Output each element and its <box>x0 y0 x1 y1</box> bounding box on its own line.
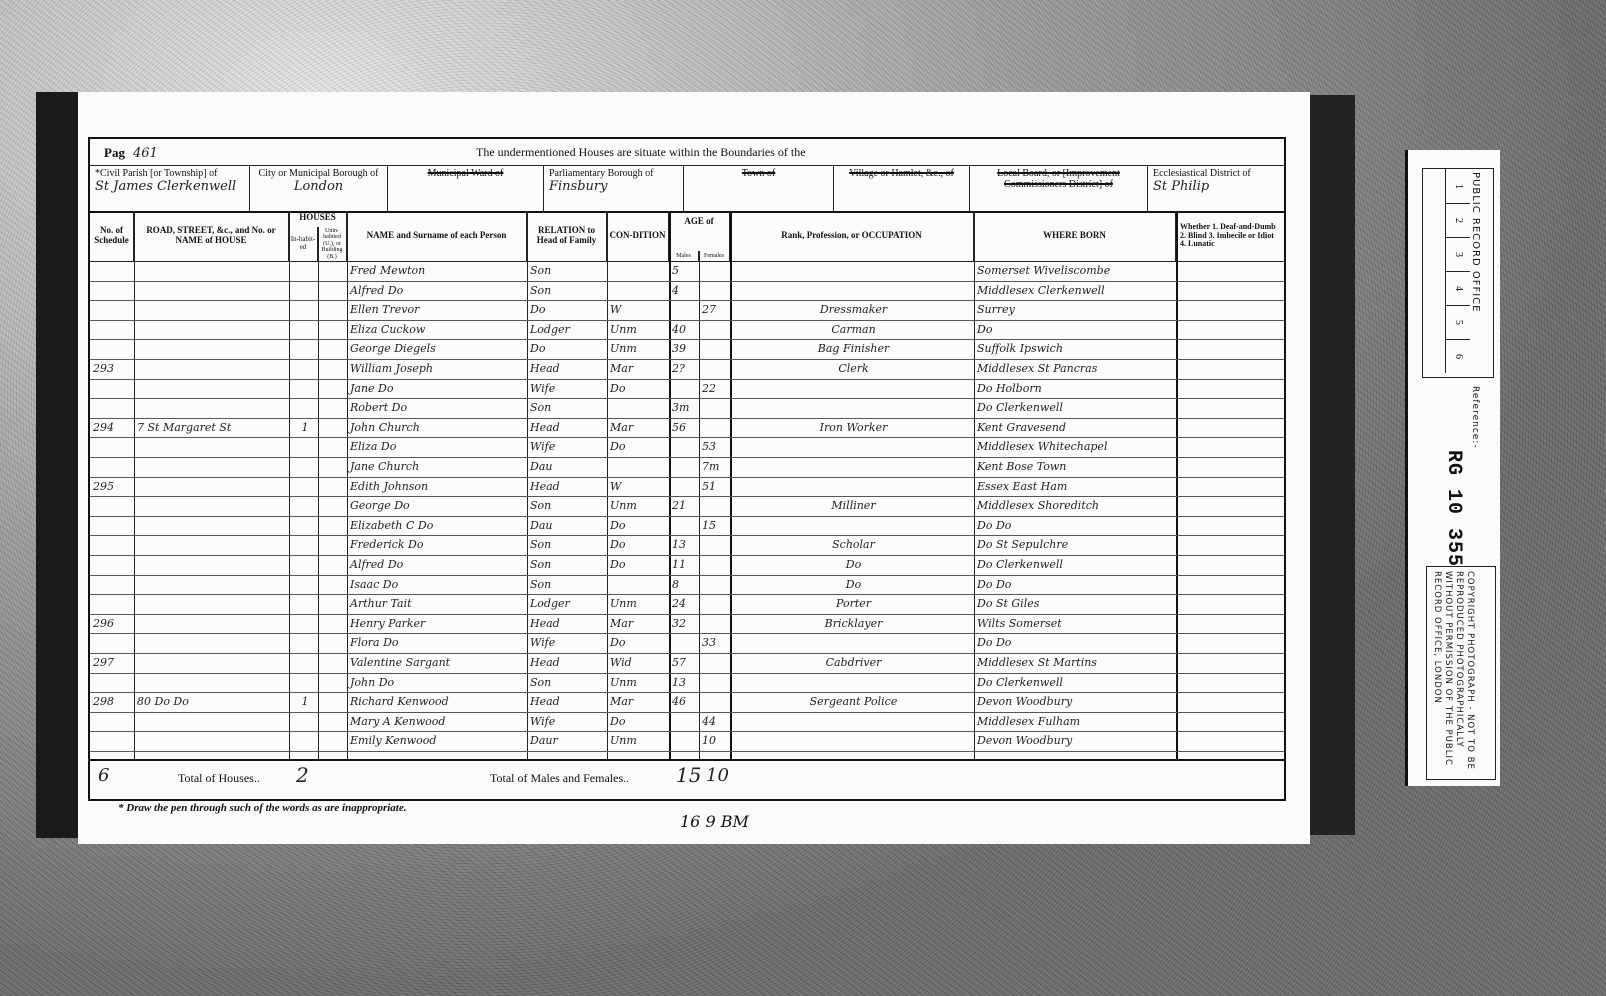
cell-schedule <box>90 673 134 693</box>
table-row: Alfred DoSon4Middlesex Clerkenwell <box>90 281 1284 302</box>
column-headers: No. of Schedule ROAD, STREET, &c., and N… <box>90 211 1284 262</box>
cell-relation: Do <box>527 339 607 359</box>
civil-parish: *Civil Parish [or Township] of St James … <box>90 165 250 211</box>
cell-born: Middlesex St Pancras <box>974 359 1176 379</box>
table-row: 295Edith JohnsonHeadW51Essex East Ham <box>90 477 1284 498</box>
cell-born: Wilts Somerset <box>974 614 1176 634</box>
cell-female: 15 <box>699 516 730 536</box>
cell-schedule <box>90 300 134 320</box>
cell-inh <box>289 496 318 516</box>
cell-condition: Mar <box>607 359 669 379</box>
cell-condition: Mar <box>607 692 669 712</box>
cell-occupation: Cabdriver <box>730 653 974 673</box>
cell-relation: Son <box>527 555 607 575</box>
table-row: Flora DoWifeDo33Do Do <box>90 633 1284 654</box>
cell-condition: Mar <box>607 418 669 438</box>
totals-row: 6 Total of Houses.. 2 Total of Males and… <box>90 759 1284 799</box>
cell-inh: 1 <box>289 418 318 438</box>
cell-relation: Head <box>527 418 607 438</box>
cell-name: Eliza Cuckow <box>347 320 527 340</box>
cell-schedule <box>90 320 134 340</box>
cell-male: 2? <box>669 359 699 379</box>
cell-born: Do Holborn <box>974 379 1176 399</box>
cell-address <box>134 555 289 575</box>
cell-occupation: Scholar <box>730 535 974 555</box>
cell-condition: W <box>607 300 669 320</box>
cell-relation: Dau <box>527 516 607 536</box>
cell-schedule <box>90 633 134 653</box>
cell-schedule <box>90 437 134 457</box>
cell-address <box>134 516 289 536</box>
cell-male <box>669 300 699 320</box>
col-occupation: Rank, Profession, or OCCUPATION <box>730 211 974 261</box>
cell-name: Arthur Tait <box>347 594 527 614</box>
cell-relation: Head <box>527 614 607 634</box>
table-row: 297Valentine SargantHeadWid57CabdriverMi… <box>90 653 1284 674</box>
cell-male: 4 <box>669 281 699 301</box>
page-edge-shadow <box>36 92 80 838</box>
cell-address <box>134 633 289 653</box>
cell-name: Elizabeth C Do <box>347 516 527 536</box>
cell-inh <box>289 555 318 575</box>
cell-address <box>134 653 289 673</box>
col-where-born: WHERE BORN <box>974 211 1176 261</box>
cell-born: Do Clerkenwell <box>974 555 1176 575</box>
cell-male: 24 <box>669 594 699 614</box>
table-row: Arthur TaitLodgerUnm24PorterDo St Giles <box>90 594 1284 615</box>
cell-schedule <box>90 555 134 575</box>
cell-born: Do Clerkenwell <box>974 673 1176 693</box>
reference-label: Reference:- <box>1470 386 1480 449</box>
cell-born: Kent Bose Town <box>974 457 1176 477</box>
cell-occupation <box>730 712 974 732</box>
cell-born: Do Do <box>974 575 1176 595</box>
cell-condition: Wid <box>607 653 669 673</box>
cell-female: 44 <box>699 712 730 732</box>
table-row: John DoSonUnm13Do Clerkenwell <box>90 673 1284 694</box>
cell-relation: Son <box>527 496 607 516</box>
cell-relation: Son <box>527 535 607 555</box>
cell-male: 40 <box>669 320 699 340</box>
cell-condition <box>607 261 669 281</box>
cell-name: Alfred Do <box>347 555 527 575</box>
cell-address <box>134 673 289 693</box>
cell-schedule <box>90 281 134 301</box>
municipal-ward: Municipal Ward of <box>388 165 544 211</box>
cell-male <box>669 477 699 497</box>
cell-relation: Son <box>527 281 607 301</box>
cell-occupation <box>730 398 974 418</box>
cell-schedule <box>90 516 134 536</box>
table-row: 296Henry ParkerHeadMar32BricklayerWilts … <box>90 614 1284 635</box>
cell-schedule <box>90 379 134 399</box>
census-form: Pag461 The undermentioned Houses are sit… <box>88 137 1286 801</box>
cell-name: Fred Mewton <box>347 261 527 281</box>
table-row: Elizabeth C DoDauDo15Do Do <box>90 516 1284 537</box>
cell-name: Richard Kenwood <box>347 692 527 712</box>
cell-condition <box>607 398 669 418</box>
cell-condition: Mar <box>607 614 669 634</box>
city-borough: City or Municipal Borough of London <box>250 165 388 211</box>
cell-female: 51 <box>699 477 730 497</box>
cell-name: Jane Church <box>347 457 527 477</box>
cell-inh <box>289 339 318 359</box>
col-condition: CON-DITION <box>607 211 669 261</box>
col-infirmity: Whether 1. Deaf-and-Dumb 2. Blind 3. Imb… <box>1176 211 1284 261</box>
cell-schedule: 296 <box>90 614 134 634</box>
cell-occupation: Carman <box>730 320 974 340</box>
cell-name: Alfred Do <box>347 281 527 301</box>
cell-occupation: Do <box>730 575 974 595</box>
cell-schedule <box>90 496 134 516</box>
cell-relation: Wife <box>527 633 607 653</box>
cell-female <box>699 692 730 712</box>
cell-male: 13 <box>669 673 699 693</box>
cell-born: Middlesex Clerkenwell <box>974 281 1176 301</box>
cell-male: 56 <box>669 418 699 438</box>
table-row: George DoSonUnm21MillinerMiddlesex Shore… <box>90 496 1284 517</box>
cell-schedule <box>90 457 134 477</box>
cell-condition: Do <box>607 437 669 457</box>
cell-condition: Do <box>607 516 669 536</box>
cell-relation: Do <box>527 300 607 320</box>
cell-name: Frederick Do <box>347 535 527 555</box>
measurement-ruler: 1 2 3 4 5 6 <box>1422 168 1494 378</box>
cell-inh <box>289 731 318 751</box>
cell-name: George Do <box>347 496 527 516</box>
cell-name: John Church <box>347 418 527 438</box>
cell-female <box>699 261 730 281</box>
cell-relation: Lodger <box>527 594 607 614</box>
cell-condition: Unm <box>607 673 669 693</box>
cell-occupation: Dressmaker <box>730 300 974 320</box>
cell-inh <box>289 359 318 379</box>
table-row: 2947 St Margaret St1John ChurchHeadMar56… <box>90 418 1284 439</box>
cell-female: 53 <box>699 437 730 457</box>
cell-male <box>669 516 699 536</box>
cell-condition: Unm <box>607 320 669 340</box>
table-row: Emily KenwoodDaurUnm10Devon Woodbury <box>90 731 1284 752</box>
cell-schedule <box>90 575 134 595</box>
cell-male: 21 <box>669 496 699 516</box>
cell-schedule: 294 <box>90 418 134 438</box>
cell-born: Do <box>974 320 1176 340</box>
cell-name: Valentine Sargant <box>347 653 527 673</box>
cell-male: 5 <box>669 261 699 281</box>
cell-female <box>699 496 730 516</box>
cell-female <box>699 535 730 555</box>
cell-address <box>134 261 289 281</box>
cell-schedule <box>90 398 134 418</box>
col-uninhabited: Unin-habited (U.), or Building (B.) <box>318 227 347 261</box>
table-row: Eliza DoWifeDo53Middlesex Whitechapel <box>90 437 1284 458</box>
cell-address <box>134 281 289 301</box>
cell-female: 7m <box>699 457 730 477</box>
cell-occupation <box>730 437 974 457</box>
cell-name: Emily Kenwood <box>347 731 527 751</box>
cell-address <box>134 398 289 418</box>
cell-address <box>134 535 289 555</box>
cell-male: 3m <box>669 398 699 418</box>
cell-relation: Son <box>527 575 607 595</box>
cell-born: Suffolk Ipswich <box>974 339 1176 359</box>
cell-address <box>134 712 289 732</box>
footnote: * Draw the pen through such of the words… <box>118 802 407 814</box>
cell-address: 7 St Margaret St <box>134 418 289 438</box>
cell-occupation: Do <box>730 555 974 575</box>
cell-relation: Wife <box>527 437 607 457</box>
copyright-notice: COPYRIGHT PHOTOGRAPH - NOT TO BE REPRODU… <box>1431 571 1475 775</box>
cell-condition: Do <box>607 712 669 732</box>
cell-condition: W <box>607 477 669 497</box>
cell-occupation: Clerk <box>730 359 974 379</box>
cell-female <box>699 575 730 595</box>
col-schedule: No. of Schedule <box>90 211 134 261</box>
town: Town of <box>684 165 834 211</box>
cell-female: 33 <box>699 633 730 653</box>
ecclesiastical-district: Ecclesiastical District of St Philip <box>1148 165 1284 211</box>
cell-inh <box>289 261 318 281</box>
cell-inh <box>289 398 318 418</box>
cell-address <box>134 594 289 614</box>
cell-female <box>699 281 730 301</box>
cell-inh: 1 <box>289 692 318 712</box>
cell-female: 10 <box>699 731 730 751</box>
page-edge-shadow <box>1305 95 1355 835</box>
cell-occupation <box>730 673 974 693</box>
cell-male <box>669 633 699 653</box>
cell-condition: Do <box>607 379 669 399</box>
table-row: Isaac DoSon8DoDo Do <box>90 575 1284 596</box>
cell-occupation <box>730 477 974 497</box>
table-row: 29880 Do Do1Richard KenwoodHeadMar46Serg… <box>90 692 1284 713</box>
cell-inh <box>289 281 318 301</box>
cell-male: 8 <box>669 575 699 595</box>
division-row: *Civil Parish [or Township] of St James … <box>90 165 1284 213</box>
cell-born: Kent Gravesend <box>974 418 1176 438</box>
cell-schedule: 293 <box>90 359 134 379</box>
cell-occupation <box>730 457 974 477</box>
cell-female <box>699 359 730 379</box>
cell-address <box>134 379 289 399</box>
reference-strip: 1 2 3 4 5 6 PUBLIC RECORD OFFICE Referen… <box>1405 150 1500 786</box>
cell-relation: Lodger <box>527 320 607 340</box>
table-row: Alfred DoSonDo11DoDo Clerkenwell <box>90 555 1284 576</box>
table-row: Ellen TrevorDoW27DressmakerSurrey <box>90 300 1284 321</box>
cell-inh <box>289 712 318 732</box>
cell-female: 22 <box>699 379 730 399</box>
cell-condition: Unm <box>607 594 669 614</box>
cell-name: Flora Do <box>347 633 527 653</box>
cell-relation: Head <box>527 653 607 673</box>
cell-female <box>699 594 730 614</box>
local-board: Local Board, or [Improvement Commissione… <box>970 165 1148 211</box>
cell-address <box>134 731 289 751</box>
cell-relation: Son <box>527 398 607 418</box>
cell-condition: Do <box>607 535 669 555</box>
cell-inh <box>289 673 318 693</box>
cell-schedule <box>90 594 134 614</box>
cell-name: Eliza Do <box>347 437 527 457</box>
cell-occupation <box>730 516 974 536</box>
cell-schedule <box>90 339 134 359</box>
cell-born: Do St Giles <box>974 594 1176 614</box>
cell-relation: Son <box>527 261 607 281</box>
cell-condition: Unm <box>607 339 669 359</box>
cell-occupation: Iron Worker <box>730 418 974 438</box>
cell-address <box>134 437 289 457</box>
cell-male <box>669 731 699 751</box>
cell-male <box>669 379 699 399</box>
cell-address <box>134 496 289 516</box>
cell-born: Middlesex Shoreditch <box>974 496 1176 516</box>
cell-born: Devon Woodbury <box>974 692 1176 712</box>
cell-address <box>134 457 289 477</box>
table-row: Frederick DoSonDo13ScholarDo St Sepulchr… <box>90 535 1284 556</box>
page-number: Pag461 <box>104 145 158 161</box>
cell-inh <box>289 594 318 614</box>
cell-male: 39 <box>669 339 699 359</box>
cell-inh <box>289 653 318 673</box>
cell-relation: Son <box>527 673 607 693</box>
table-row: Mary A KenwoodWifeDo44Middlesex Fulham <box>90 712 1284 733</box>
cell-born: Do Clerkenwell <box>974 398 1176 418</box>
cell-occupation: Bricklayer <box>730 614 974 634</box>
cell-relation: Wife <box>527 379 607 399</box>
cell-occupation <box>730 261 974 281</box>
cell-occupation <box>730 281 974 301</box>
cell-inh <box>289 477 318 497</box>
cell-condition: Unm <box>607 496 669 516</box>
cell-inh <box>289 457 318 477</box>
cell-born: Surrey <box>974 300 1176 320</box>
cell-male: 11 <box>669 555 699 575</box>
cell-name: John Do <box>347 673 527 693</box>
cell-male: 32 <box>669 614 699 634</box>
cell-address <box>134 300 289 320</box>
form-header: Pag461 The undermentioned Houses are sit… <box>90 139 1284 166</box>
cell-address <box>134 359 289 379</box>
cell-name: George Diegels <box>347 339 527 359</box>
cell-inh <box>289 437 318 457</box>
cell-born: Devon Woodbury <box>974 731 1176 751</box>
cell-schedule: 297 <box>90 653 134 673</box>
table-row: George DiegelsDoUnm39Bag FinisherSuffolk… <box>90 339 1284 360</box>
cell-occupation: Milliner <box>730 496 974 516</box>
table-row: 293William JosephHeadMar2?ClerkMiddlesex… <box>90 359 1284 380</box>
cell-condition: Do <box>607 633 669 653</box>
col-name: NAME and Surname of each Person <box>347 211 527 261</box>
cell-schedule: 298 <box>90 692 134 712</box>
total-houses-label: Total of Houses.. <box>178 771 260 786</box>
cell-occupation: Sergeant Police <box>730 692 974 712</box>
cell-relation: Daur <box>527 731 607 751</box>
cell-name: Mary A Kenwood <box>347 712 527 732</box>
cell-address <box>134 575 289 595</box>
cell-male <box>669 712 699 732</box>
cell-born: Middlesex Whitechapel <box>974 437 1176 457</box>
copyright-box: COPYRIGHT PHOTOGRAPH - NOT TO BE REPRODU… <box>1426 566 1496 780</box>
cell-female <box>699 339 730 359</box>
record-office-label: PUBLIC RECORD OFFICE <box>1470 172 1481 312</box>
cell-name: Edith Johnson <box>347 477 527 497</box>
cell-relation: Head <box>527 359 607 379</box>
col-address: ROAD, STREET, &c., and No. or NAME of HO… <box>134 211 289 261</box>
cell-male: 13 <box>669 535 699 555</box>
cell-male: 46 <box>669 692 699 712</box>
cell-female <box>699 673 730 693</box>
cell-born: Do St Sepulchre <box>974 535 1176 555</box>
cell-inh <box>289 614 318 634</box>
cell-born: Do Do <box>974 516 1176 536</box>
cell-relation: Head <box>527 692 607 712</box>
cell-male <box>669 457 699 477</box>
total-males: 15 <box>676 763 701 787</box>
table-row: Jane DoWifeDo22Do Holborn <box>90 379 1284 400</box>
cell-name: William Joseph <box>347 359 527 379</box>
table-row: Fred MewtonSon5Somerset Wiveliscombe <box>90 261 1284 282</box>
cell-name: Ellen Trevor <box>347 300 527 320</box>
cell-condition: Unm <box>607 731 669 751</box>
cell-name: Isaac Do <box>347 575 527 595</box>
cell-born: Essex East Ham <box>974 477 1176 497</box>
cell-schedule <box>90 731 134 751</box>
col-inhabited: In-habit-ed <box>289 227 318 261</box>
total-females: 10 <box>706 765 729 786</box>
cell-inh <box>289 516 318 536</box>
village-hamlet: Village or Hamlet, &c., of <box>834 165 970 211</box>
col-females: Females <box>699 251 730 261</box>
cell-born: Do Do <box>974 633 1176 653</box>
cell-born: Middlesex St Martins <box>974 653 1176 673</box>
cell-schedule <box>90 535 134 555</box>
cell-inh <box>289 300 318 320</box>
cell-condition <box>607 457 669 477</box>
reference-code: RG 10 355 <box>1442 450 1465 567</box>
cell-female <box>699 653 730 673</box>
cell-address <box>134 477 289 497</box>
cell-address: 80 Do Do <box>134 692 289 712</box>
cell-condition <box>607 281 669 301</box>
cell-occupation: Bag Finisher <box>730 339 974 359</box>
cell-female <box>699 320 730 340</box>
cell-condition: Do <box>607 555 669 575</box>
cell-male: 57 <box>669 653 699 673</box>
cell-address <box>134 339 289 359</box>
cell-relation: Wife <box>527 712 607 732</box>
cell-female: 27 <box>699 300 730 320</box>
cell-address <box>134 320 289 340</box>
table-row: Jane ChurchDau7mKent Bose Town <box>90 457 1284 478</box>
cell-name: Henry Parker <box>347 614 527 634</box>
tally-note: 16 9 BM <box>680 812 749 831</box>
cell-schedule: 295 <box>90 477 134 497</box>
cell-inh <box>289 575 318 595</box>
cell-occupation <box>730 633 974 653</box>
cell-name: Robert Do <box>347 398 527 418</box>
cell-schedule <box>90 712 134 732</box>
parliamentary-borough: Parliamentary Borough of Finsbury <box>544 165 684 211</box>
cell-inh <box>289 633 318 653</box>
col-relation: RELATION to Head of Family <box>527 211 607 261</box>
cell-occupation: Porter <box>730 594 974 614</box>
cell-relation: Head <box>527 477 607 497</box>
cell-relation: Dau <box>527 457 607 477</box>
cell-condition <box>607 575 669 595</box>
cell-female <box>699 555 730 575</box>
table-row: Eliza CuckowLodgerUnm40CarmanDo <box>90 320 1284 341</box>
total-schedules: 6 <box>98 765 109 786</box>
